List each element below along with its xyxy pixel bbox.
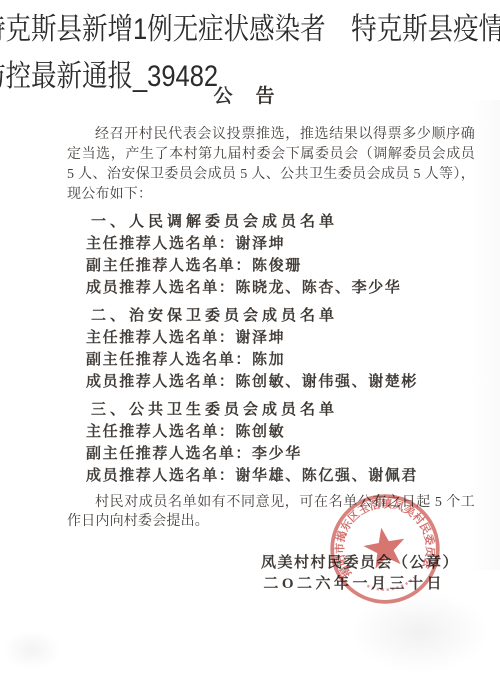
page: 特克斯县新增1例无症状感染者 特克斯县疫情 防控最新通报_39482 公 告 经… (0, 0, 500, 688)
scan-noise-smudge (2, 630, 62, 670)
page-title-line-1: 特克斯县新增1例无症状感染者 特克斯县疫情 (0, 4, 500, 48)
row-director: 主任推荐人选名单：陈创敏 (67, 421, 475, 443)
row-deputy-director: 副主任推荐人选名单：李少华 (67, 443, 475, 465)
section-mediation-committee: 一、人民调解委员会成员名单 主任推荐人选名单：谢泽坤 副主任推荐人选名单：陈俊珊… (67, 211, 475, 299)
notice-heading: 公 告 (41, 85, 449, 111)
section-heading: 三、公共卫生委员会成员名单 (67, 399, 475, 421)
section-security-committee: 二、治安保卫委员会成员名单 主任推荐人选名单：谢泽坤 副主任推荐人选名单：陈加 … (67, 305, 475, 393)
row-director: 主任推荐人选名单：谢泽坤 (67, 327, 475, 349)
section-heading: 二、治安保卫委员会成员名单 (67, 305, 475, 327)
seal-star-icon (361, 524, 409, 570)
seal-code-marks (367, 578, 415, 594)
row-members: 成员推荐人选名单：谢华雄、陈亿强、谢佩君 (67, 465, 475, 487)
row-director: 主任推荐人选名单：谢泽坤 (67, 233, 475, 255)
intro-paragraph: 经召开村民代表会议投票推选，推选结果以得票多少顺序确定当选，产生了本村第九届村委… (67, 125, 475, 205)
row-members: 成员推荐人选名单：陈晓龙、陈杏、李少华 (67, 277, 475, 299)
row-deputy-director: 副主任推荐人选名单：陈俊珊 (67, 255, 475, 277)
row-members: 成员推荐人选名单：陈创敏、谢伟强、谢楚彬 (67, 371, 475, 393)
section-heading: 一、人民调解委员会成员名单 (67, 211, 475, 233)
row-deputy-director: 副主任推荐人选名单：陈加 (67, 349, 475, 371)
official-seal: 揭阳市揭东区玉滘镇凤美村民委员会 (318, 482, 452, 616)
section-public-health-committee: 三、公共卫生委员会成员名单 主任推荐人选名单：陈创敏 副主任推荐人选名单：李少华… (67, 399, 475, 487)
